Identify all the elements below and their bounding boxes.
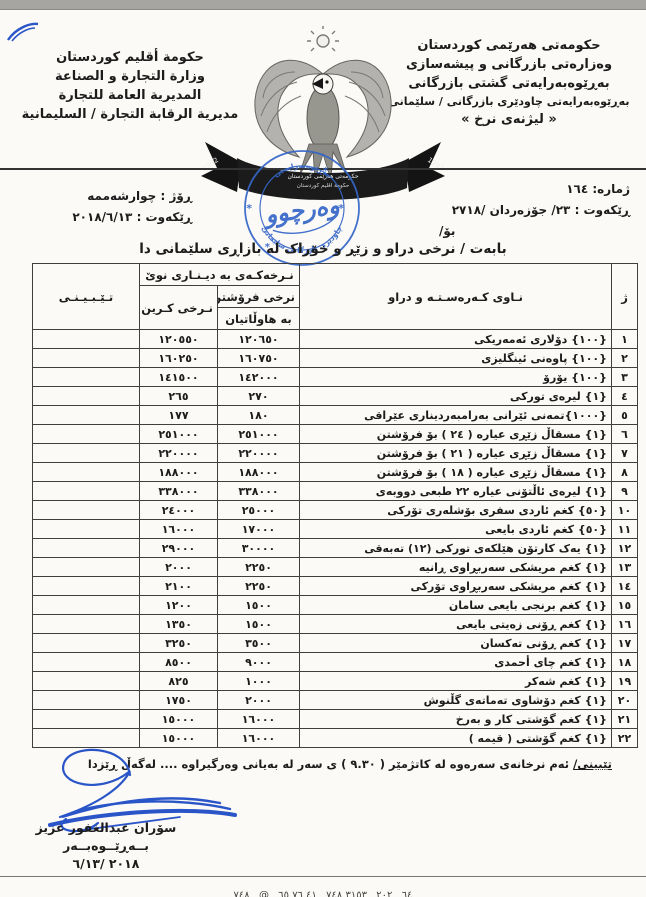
svg-text:*: *: [246, 202, 252, 215]
note-cell: [32, 482, 139, 501]
signature-date: ٢٠١٨ /٦/١٣: [26, 855, 186, 873]
buy-price: ٢٥١٠٠٠: [139, 425, 217, 444]
table-row: ١٣{١} كغم مریشكی سەربڕاوی ڕانیە٢٢٥٠٢٠٠٠: [32, 558, 637, 577]
sell-price: ١٢٠٦٥٠: [218, 330, 300, 349]
item-name: {١} یەک كارتۆن هێلكەی توركی (١٢) تەبەقی: [300, 539, 612, 558]
buy-price: ١٥٠٠٠: [139, 710, 217, 729]
note-cell: [32, 406, 139, 425]
row-number: ١: [612, 330, 638, 349]
row-number: ٣: [612, 368, 638, 387]
item-name: {٥٠} كغم ئاردی سفری بۆشلەری تۆركی: [300, 501, 612, 520]
note-cell: [32, 501, 139, 520]
document-date-gregorian: ڕێكەوت : ٢٠١٨/٦/١٣: [72, 207, 192, 228]
note-cell: [32, 387, 139, 406]
sell-price: ٣٥٠٠: [218, 634, 300, 653]
column-header-item-name: نـاوی كـەرەسـتـە و دراو: [300, 264, 612, 330]
signatory-name: سۆران عبدالغفور عزیز: [26, 819, 186, 837]
price-table: ژ نـاوی كـەرەسـتـە و دراو نـرخەكـەی بە د…: [32, 263, 638, 748]
sell-price: ٣٣٨٠٠٠: [218, 482, 300, 501]
footnote-text: ئەم نرخانەی سەرەوە لە كاتژمێر ( ٩.٣٠ ) ی…: [88, 757, 573, 771]
table-row: ١٠{٥٠} كغم ئاردی سفری بۆشلەری تۆركی٢٥٠٠٠…: [32, 501, 637, 520]
sell-price: ١٦٠٠٠: [218, 729, 300, 748]
table-row: ٢{١٠٠} پاوەنی ئینگلیزی١٦٠٧٥٠١٦٠٢٥٠: [32, 349, 637, 368]
document-day: ڕۆژ : چوارشەممە: [72, 186, 192, 207]
table-row: ١٨{١} كغم چای أحمدی٩٠٠٠٨٥٠٠: [32, 653, 637, 672]
item-name: {١} كغم برنجی بایعی سامان: [300, 596, 612, 615]
table-row: ٧{١} مسقاڵ زێڕی عیارە ( ٢١ ) بۆ فرۆشتن٢٢…: [32, 444, 637, 463]
row-number: ١١: [612, 520, 638, 539]
row-number: ١٢: [612, 539, 638, 558]
row-number: ١٧: [612, 634, 638, 653]
item-name: {١} مسقاڵ زێڕی عیارە ( ٢٤ ) بۆ فرۆشتن: [300, 425, 612, 444]
item-name: {١} لیرەی توركی: [300, 387, 612, 406]
table-row: ١{١٠٠} دۆلاری ئەمەریكی١٢٠٦٥٠١٢٠٥٥٠: [32, 330, 637, 349]
note-cell: [32, 577, 139, 596]
item-name: {١} كغم ڕۆنی زەیتی بایعی: [300, 615, 612, 634]
footnote: تێبینی/ ئەم نرخانەی سەرەوە لە كاتژمێر ( …: [52, 757, 612, 771]
pen-tick-mark: [4, 20, 44, 46]
row-number: ١٨: [612, 653, 638, 672]
stamp-center-text: وەرچوو: [259, 191, 341, 231]
signature-block: سۆران عبدالغفور عزیز بــەڕێــوەبــەر ٢٠١…: [26, 819, 186, 873]
svg-text:*: *: [323, 166, 329, 177]
column-header-sell-price: نرخی فرۆشتن: [218, 286, 300, 308]
buy-price: ٢٦٥: [139, 387, 217, 406]
buy-price: ٣٣٨٠٠٠: [139, 482, 217, 501]
table-row: ٦{١} مسقاڵ زێڕی عیارە ( ٢٤ ) بۆ فرۆشتن٢٥…: [32, 425, 637, 444]
document-meta-left: ڕۆژ : چوارشەممە ڕێكەوت : ٢٠١٨/٦/١٣: [72, 186, 192, 228]
table-row: ١٩{١} كغم شەكر١٠٠٠٨٢٥: [32, 672, 637, 691]
sell-price: ١٨٠: [218, 406, 300, 425]
column-header-buy-price: نـرخی كـرین: [139, 286, 217, 330]
table-row: ٢١{١} كغم گۆشتی كار و بەرخ١٦٠٠٠١٥٠٠٠: [32, 710, 637, 729]
buy-price: ٢٢٠٠٠٠: [139, 444, 217, 463]
row-number: ٢١: [612, 710, 638, 729]
note-cell: [32, 463, 139, 482]
note-cell: [32, 368, 139, 387]
item-name: {١٠٠} پاوەنی ئینگلیزی: [300, 349, 612, 368]
sell-price: ١٧٠٠٠: [218, 520, 300, 539]
row-number: ٢: [612, 349, 638, 368]
column-header-notes: تـێـبـيـنـی: [32, 264, 139, 330]
sell-price: ١٦٠٠٠: [218, 710, 300, 729]
row-number: ٥: [612, 406, 638, 425]
table-row: ٣{١٠٠} یۆرۆ١٤٢٠٠٠١٤١٥٠٠: [32, 368, 637, 387]
note-cell: [32, 729, 139, 748]
sell-price: ١٨٨٠٠٠: [218, 463, 300, 482]
item-name: {٥٠} كغم ئاردی بایعی: [300, 520, 612, 539]
row-number: ٦: [612, 425, 638, 444]
item-name: {١٠٠} یۆرۆ: [300, 368, 612, 387]
row-number: ٢٢: [612, 729, 638, 748]
table-row: ١٥{١} كغم برنجی بایعی سامان١٥٠٠١٢٠٠: [32, 596, 637, 615]
footer-contact-line: ٦٤ ـ ٢٠٢ ـ ٣١٥٣ ٧٤٨ ـ ٤١ ٧٦ ٦٥ ـ @ ـ ٧٤٨: [0, 890, 646, 897]
item-name: {١} كغم ڕۆنی تەكسان: [300, 634, 612, 653]
buy-price: ١٢٠٥٥٠: [139, 330, 217, 349]
sell-price: ٩٠٠٠: [218, 653, 300, 672]
note-cell: [32, 539, 139, 558]
sell-price: ٢٢٥٠: [218, 577, 300, 596]
table-row: ٢٠{١} كغم دۆشاوی تەماتەی گڵنوش٢٠٠٠١٧٥٠: [32, 691, 637, 710]
buy-price: ١٨٨٠٠٠: [139, 463, 217, 482]
item-name: {١٠٠٠}تمەنی ئێرانی بەرامبەردیناری عێراقی: [300, 406, 612, 425]
buy-price: ٨٥٠٠: [139, 653, 217, 672]
item-name: {١} كغم مریشكی سەربڕاوی ڕانیە: [300, 558, 612, 577]
sell-price: ٢٢٠٠٠٠: [218, 444, 300, 463]
item-name: {١} مسقاڵ زێڕی عیارە ( ١٨ ) بۆ فرۆشتن: [300, 463, 612, 482]
table-row: ١٦{١} كغم ڕۆنی زەیتی بایعی١٥٠٠١٣٥٠: [32, 615, 637, 634]
sell-price: ٣٠٠٠٠: [218, 539, 300, 558]
note-cell: [32, 653, 139, 672]
table-row: ١٤{١} كغم مریشكی سەربڕاوی تۆركی٢٢٥٠٢١٠٠: [32, 577, 637, 596]
note-cell: [32, 558, 139, 577]
buy-price: ٢٤٠٠٠: [139, 501, 217, 520]
scanned-document-page: حكومەتی هەرێمی كوردستان وەزارەتی بازرگان…: [0, 0, 646, 897]
row-number: ٤: [612, 387, 638, 406]
table-row: ١٧{١} كغم ڕۆنی تەكسان٣٥٠٠٣٢٥٠: [32, 634, 637, 653]
sell-price: ٢٠٠٠: [218, 691, 300, 710]
table-row: ٤{١} لیرەی توركی٢٧٠٢٦٥: [32, 387, 637, 406]
item-name: {١} كغم گۆشتی ( قیمە ): [300, 729, 612, 748]
note-cell: [32, 425, 139, 444]
item-name: {١} كغم گۆشتی كار و بەرخ: [300, 710, 612, 729]
item-name: {١} كغم دۆشاوی تەماتەی گڵنوش: [300, 691, 612, 710]
row-number: ١٥: [612, 596, 638, 615]
item-name: {١٠٠} دۆلاری ئەمەریكی: [300, 330, 612, 349]
row-number: ١٦: [612, 615, 638, 634]
item-name: {١} كغم چای أحمدی: [300, 653, 612, 672]
note-cell: [32, 672, 139, 691]
item-name: {١} كغم مریشكی سەربڕاوی تۆركی: [300, 577, 612, 596]
sell-price: ٢٥١٠٠٠: [218, 425, 300, 444]
note-cell: [32, 634, 139, 653]
buy-price: ٢٠٠٠: [139, 558, 217, 577]
note-cell: [32, 615, 139, 634]
row-number: ١٠: [612, 501, 638, 520]
buy-price: ٢١٠٠: [139, 577, 217, 596]
sell-price: ١٥٠٠: [218, 596, 300, 615]
item-name: {١} كغم شەكر: [300, 672, 612, 691]
document-number: ژمارە: ١٦٤: [425, 179, 630, 200]
note-cell: [32, 691, 139, 710]
buy-price: ٣٢٥٠: [139, 634, 217, 653]
buy-price: ١٤١٥٠٠: [139, 368, 217, 387]
table-row: ١٢{١} یەک كارتۆن هێلكەی توركی (١٢) تەبەق…: [32, 539, 637, 558]
document-title: بابەت / نرخی دراو و زێڕ و خۆراک لە بازاڕ…: [0, 241, 646, 257]
buy-price: ١٦٠٠٠: [139, 520, 217, 539]
buy-price: ١٧٥٠: [139, 691, 217, 710]
table-row: ٢٢{١} كغم گۆشتی ( قیمە )١٦٠٠٠١٥٠٠٠: [32, 729, 637, 748]
column-header-number: ژ: [612, 264, 638, 330]
sell-price: ١٤٢٠٠٠: [218, 368, 300, 387]
buy-price: ١٢٠٠: [139, 596, 217, 615]
row-number: ١٣: [612, 558, 638, 577]
row-number: ٢٠: [612, 691, 638, 710]
note-cell: [32, 349, 139, 368]
scan-edge-strip: [0, 0, 646, 10]
row-number: ٧: [612, 444, 638, 463]
table-row: ٥{١٠٠٠}تمەنی ئێرانی بەرامبەردیناری عێراق…: [32, 406, 637, 425]
item-name: {١} لیرەی ئاڵتۆنی عیارە ٢٢ طبعی دووبەی: [300, 482, 612, 501]
document-meta-right: ژمارە: ١٦٤ ڕێكەوت : ٢٣/ جۆزەردان /٢٧١٨ ب…: [425, 179, 630, 242]
column-header-price-group: نـرخەكـەی بە ديـنـاری نوێ: [139, 264, 299, 286]
sell-price: ١٥٠٠: [218, 615, 300, 634]
sun-icon: [307, 26, 339, 51]
note-cell: [32, 710, 139, 729]
note-cell: [32, 596, 139, 615]
sell-price: ٢٧٠: [218, 387, 300, 406]
table-row: ٩{١} لیرەی ئاڵتۆنی عیارە ٢٢ طبعی دووبەی٣…: [32, 482, 637, 501]
note-cell: [32, 444, 139, 463]
item-name: {١} مسقاڵ زێڕی عیارە ( ٢١ ) بۆ فرۆشتن: [300, 444, 612, 463]
signatory-title: بــەڕێــوەبــەر: [26, 837, 186, 855]
document-date-kurdish: ڕێكەوت : ٢٣/ جۆزەردان /٢٧١٨: [425, 200, 630, 221]
table-row: ٨{١} مسقاڵ زێڕی عیارە ( ١٨ ) بۆ فرۆشتن١٨…: [32, 463, 637, 482]
buy-price: ١٦٠٢٥٠: [139, 349, 217, 368]
sell-price: ١٦٠٧٥٠: [218, 349, 300, 368]
footer-divider: [0, 876, 646, 877]
sell-price: ٢٢٥٠: [218, 558, 300, 577]
footnote-label: تێبینی/: [573, 757, 612, 771]
buy-price: ٨٢٥: [139, 672, 217, 691]
sell-price: ٢٥٠٠٠: [218, 501, 300, 520]
buy-price: ١٥٠٠٠: [139, 729, 217, 748]
buy-price: ١٧٧: [139, 406, 217, 425]
table-row: ١١{٥٠} كغم ئاردی بایعی١٧٠٠٠١٦٠٠٠: [32, 520, 637, 539]
column-header-sell-sub: بە هاوڵاتیان: [218, 308, 300, 330]
row-number: ١٩: [612, 672, 638, 691]
note-cell: [32, 520, 139, 539]
addressee-line: بۆ/: [425, 221, 630, 242]
sell-price: ١٠٠٠: [218, 672, 300, 691]
buy-price: ١٣٥٠: [139, 615, 217, 634]
row-number: ٨: [612, 463, 638, 482]
row-number: ١٤: [612, 577, 638, 596]
buy-price: ٢٩٠٠٠: [139, 539, 217, 558]
note-cell: [32, 330, 139, 349]
row-number: ٩: [612, 482, 638, 501]
